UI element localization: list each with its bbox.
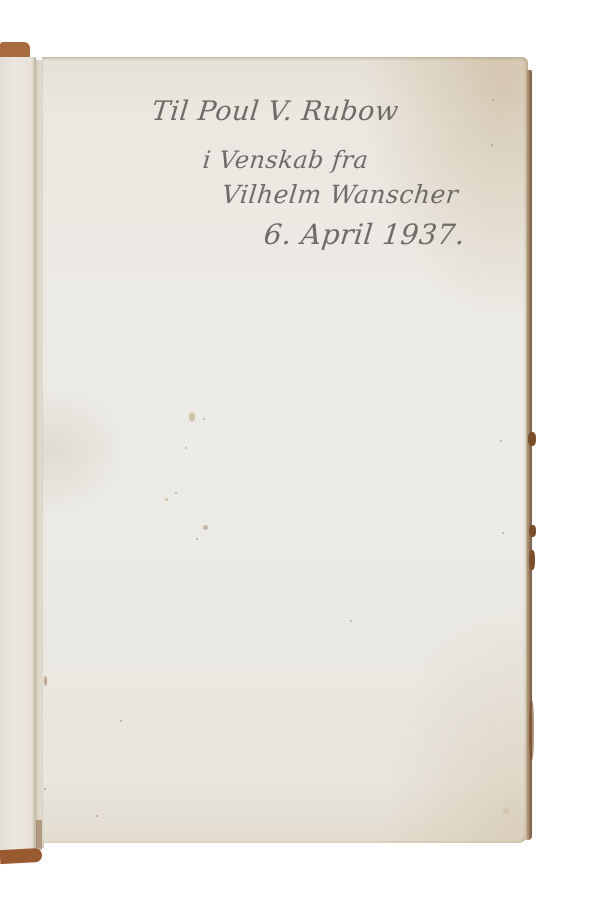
handwritten-inscription: Til Poul V. Rubow i Venskab fra Vilhelm …: [0, 0, 592, 900]
inscription-line-4: 6. April 1937.: [262, 218, 467, 251]
inscription-line-1: Til Poul V. Rubow: [150, 96, 400, 127]
inscription-line-2: i Venskab fra: [202, 146, 370, 174]
book-photo: Til Poul V. Rubow i Venskab fra Vilhelm …: [0, 0, 592, 900]
inscription-line-3: Vilhelm Wanscher: [220, 180, 459, 209]
